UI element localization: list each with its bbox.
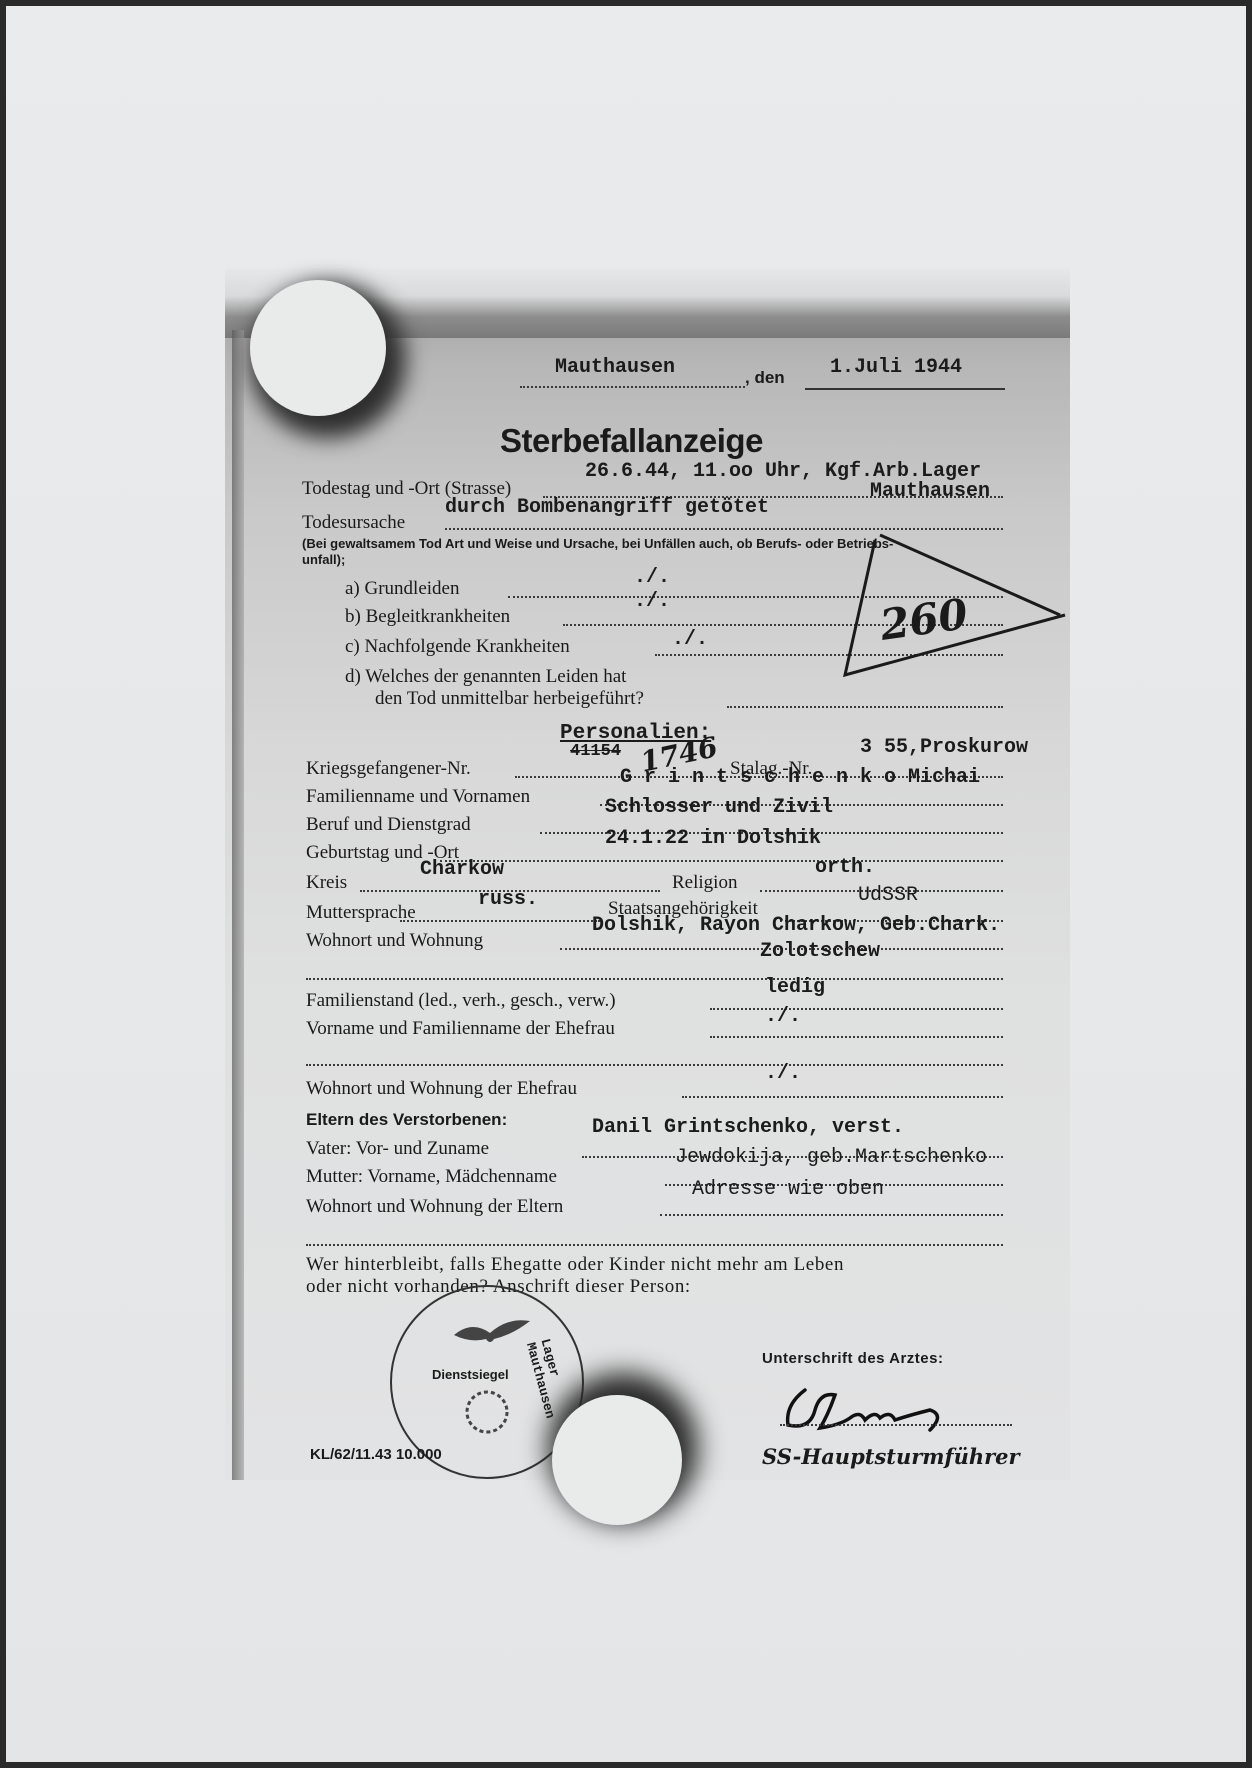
sub-item-d-line (727, 706, 1003, 708)
left-edge-shadow (232, 330, 244, 1480)
eagle-emblem-icon (452, 1315, 532, 1355)
stamp-ring-text: Lager Mauthausen (523, 1337, 572, 1420)
wife-residence-line (682, 1096, 1003, 1098)
religion-label: Religion (672, 872, 737, 894)
death-place-value: Mauthausen (870, 480, 990, 503)
sub-item-d-label-2: den Tod unmittelbar herbeigeführt? (375, 688, 644, 710)
residence-line-2 (306, 978, 1003, 980)
sub-item-b-value: ./. (634, 590, 670, 613)
sub-item-b-label: b) Begleitkrankheiten (345, 606, 510, 628)
wife-name-value: ./. (765, 1005, 801, 1028)
cause-note-1: (Bei gewaltsamem Tod Art und Weise und U… (302, 536, 893, 551)
parents-heading: Eltern des Verstorbenen: (306, 1110, 507, 1130)
sub-item-c-value: ./. (672, 628, 708, 651)
parents-address-line-2 (306, 1244, 1003, 1246)
profession-label: Beruf und Dienstgrad (306, 814, 471, 836)
parents-address-line (660, 1214, 1003, 1216)
form-title: Sterbefallanzeige (500, 422, 763, 460)
wife-residence-label: Wohnort und Wohnung der Ehefrau (306, 1078, 577, 1100)
sub-item-d-label: d) Welches der genannten Leiden hat (345, 666, 626, 688)
wife-name-line-2 (306, 1064, 1003, 1066)
district-value: Charkow (420, 858, 504, 881)
place-value: Mauthausen (555, 356, 675, 379)
wreath-emblem-icon (462, 1387, 512, 1437)
signature-heading: Unterschrift des Arztes: (762, 1350, 943, 1367)
residence-value-1: Dolshik, Rayon Charkow, Geb.Chark. (592, 914, 1000, 937)
mother-value: Jewdokija, geb.Martschenko (675, 1146, 987, 1169)
religion-value: orth. (815, 856, 875, 879)
date-value: 1.Juli 1944 (830, 356, 962, 379)
marital-value: ledig (765, 976, 825, 999)
den-label: , den (745, 368, 785, 388)
mother-label: Mutter: Vorname, Mädchenname (306, 1166, 557, 1188)
birth-line (440, 860, 1003, 862)
parents-address-label: Wohnort und Wohnung der Eltern (306, 1196, 563, 1218)
name-label: Familienname und Vornamen (306, 786, 530, 808)
wife-name-line (710, 1036, 1003, 1038)
marital-label: Familienstand (led., verh., gesch., verw… (306, 990, 616, 1012)
language-value: russ. (478, 888, 538, 911)
pow-number-label: Kriegsgefangener-Nr. (306, 758, 471, 780)
wife-name-label: Vorname und Familienname der Ehefrau (306, 1018, 615, 1040)
stamp-label: Dienstsiegel (432, 1367, 509, 1382)
punch-hole-bottom (552, 1395, 682, 1525)
profession-value: Schlosser und Zivil (605, 796, 833, 819)
marital-line (710, 1008, 1003, 1010)
sub-item-a-label: a) Grundleiden (345, 578, 459, 600)
district-label: Kreis (306, 872, 347, 894)
doctor-signature-icon (780, 1380, 960, 1440)
birth-value: 24.1.22 in Dolshik (605, 827, 821, 850)
date-line (805, 388, 1005, 390)
signature-line (780, 1424, 1012, 1426)
cause-label: Todesursache (302, 512, 405, 534)
parents-address-value: Adresse wie oben (692, 1178, 884, 1201)
residence-label: Wohnort und Wohnung (306, 930, 483, 952)
sub-item-a-value: ./. (634, 566, 670, 589)
cause-value: durch Bombenangriff getötet (445, 496, 769, 519)
residence-value-2: Zolotschew (760, 940, 880, 963)
form-code: KL/62/11.43 10.000 (310, 1446, 442, 1463)
pow-number-struck: 41154 (570, 742, 621, 761)
citizenship-value: UdSSR (858, 884, 918, 907)
place-line (520, 386, 745, 388)
wife-residence-value: ./. (765, 1062, 801, 1085)
punch-hole-top (250, 280, 386, 416)
stalag-value: 3 55,Proskurow (860, 736, 1028, 759)
name-value: G r i n t s c h e n k o Michai (620, 766, 980, 789)
survivor-question-1: Wer hinterbleibt, falls Ehegatte oder Ki… (306, 1254, 844, 1276)
rank-text: SS-Hauptsturmführer (762, 1444, 1020, 1469)
cause-note-2: unfall); (302, 552, 345, 567)
father-value: Danil Grintschenko, verst. (592, 1116, 904, 1139)
father-label: Vater: Vor- und Zuname (306, 1138, 489, 1160)
sub-item-c-label: c) Nachfolgende Krankheiten (345, 636, 570, 658)
language-line (400, 920, 600, 922)
